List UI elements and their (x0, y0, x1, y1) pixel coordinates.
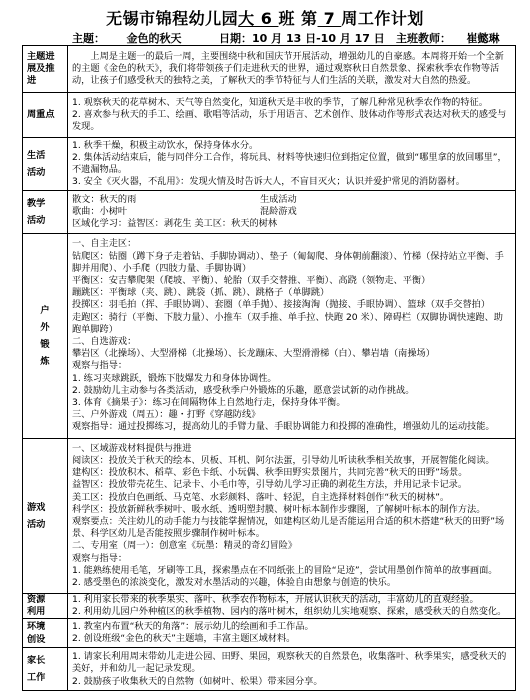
label-environment: 环境创设 (23, 619, 68, 648)
class-name: 大 6 (238, 9, 278, 28)
focus-line: 1. 观察秋天的花草树木、天气等自然变化，知道秋天是丰收的季节，了解几种常见秋季… (72, 97, 511, 109)
play-line: 观察与指导： (72, 553, 511, 565)
content-outdoor: 一、自主走区： 钻爬区：钻圈（蹲下身子走着钻、手脚协调动）、垫子（匍匐爬、身体朝… (68, 234, 516, 439)
outdoor-line: 走跑区：骑行（平衡、下肢力量）、小推车（双手推、单手拉、快跑 20 米）、障碍栏… (72, 312, 511, 336)
row-parents: 家长工作 1. 请家长利用周末带幼儿走进公园、田野、果园，观察秋天的自然景色，收… (23, 648, 516, 691)
content-focus: 1. 观察秋天的花草树木、天气等自然变化，知道秋天是丰收的季节，了解几种常见秋季… (68, 93, 516, 138)
title-suffix: 周工作计划 (341, 9, 424, 28)
row-focus: 周重点 1. 观察秋天的花草树木、天气等自然变化，知道秋天是丰收的季节，了解几种… (23, 93, 516, 138)
teaching-area-line: 区域化学习：益智区：剥花生 美工区：秋天的树林 (72, 218, 511, 230)
row-environment: 环境创设 1. 教室内布置“秋天的角落”：展示幼儿的绘画和手工作品。 2. 创设… (23, 619, 516, 648)
outdoor-line: 2. 鼓励幼儿主动参与各类活动，感受秋季户外锻炼的乐趣，愿意尝试新的动作挑战。 (72, 385, 511, 397)
outdoor-line: 投掷区：羽毛拍（挥、手眼协调）、套圈（单手抛）、接接淘淘（抛接、手眼协调）、篮球… (72, 299, 511, 311)
label-life: 生活活动 (23, 138, 68, 191)
row-outdoor: 户外锻炼 一、自主走区： 钻爬区：钻圈（蹲下身子走着钻、手脚协调动）、垫子（匍匐… (23, 234, 516, 439)
progress-text: 上周是主题一的最后一周，主要围绕中秋和国庆节开展活动，增强幼儿的自豪感。本周将开… (72, 51, 511, 88)
environment-line: 1. 教室内布置“秋天的角落”：展示幼儿的绘画和手工作品。 (72, 621, 511, 633)
date-value: 10 月 13 日-10 月 17 日 (252, 32, 380, 46)
parents-line: 1. 请家长利用周末带幼儿走进公园、田野、果园，观察秋天的自然景色，收集落叶、秋… (72, 651, 511, 675)
teaching-item: 歌曲：小树叶混龄游戏 (72, 206, 511, 218)
outdoor-line: 平衡区：安吉攀爬架（爬坡、平衡）、轮胎（双手交替推、平衡）、高跷（领物走、平衡） (72, 275, 511, 287)
focus-line: 2. 喜欢参与秋天的手工、绘画、歌唱等活动，乐于用语言、艺术创作、肢体动作等形式… (72, 109, 511, 133)
row-life: 生活活动 1. 秋季干燥，积极主动饮水，保持身体水分。 2. 集体活动结束后，能… (23, 138, 516, 191)
outdoor-line: 三、户外游戏（周五）：趣・打野《穿越防线》 (72, 409, 511, 421)
parents-line: 2. 鼓励孩子收集秋天的自然物（如树叶、松果）带来园分享。 (72, 676, 511, 688)
row-resources: 资源利用 1. 利用家长带来的秋季果实、落叶、秋季农作物标本，开展认识秋天的活动… (23, 594, 516, 619)
content-progress: 上周是主题一的最后一周，主要围绕中秋和国庆节开展活动，增强幼儿的自豪感。本周将开… (68, 46, 516, 93)
outdoor-line: 二、自选游戏： (72, 336, 511, 348)
label-play: 游戏活动 (23, 439, 68, 594)
date-label: 日期： (219, 32, 252, 45)
label-progress: 主题进展及推进 (23, 46, 68, 93)
content-parents: 1. 请家长利用周末带幼儿走进公园、田野、果园，观察秋天的自然景色，收集落叶、秋… (68, 648, 516, 691)
label-parents: 家长工作 (23, 648, 68, 691)
teaching-item: 散文：秋天的雨生成活动 (72, 194, 511, 206)
resources-line: 1. 利用家长带来的秋季果实、落叶、秋季农作物标本，开展认识秋天的活动，丰富幼儿… (72, 594, 511, 606)
weekly-plan-table: 主题进展及推进 上周是主题一的最后一周，主要围绕中秋和国庆节开展活动，增强幼儿的… (22, 45, 516, 691)
outdoor-line: 观察与指导： (72, 360, 511, 372)
theme-label: 主题： (72, 32, 105, 45)
teacher-value: 崔懿琳 (451, 32, 515, 46)
label-focus: 周重点 (23, 93, 68, 138)
play-line: 科学区：投放新鲜秋季树叶、吸水纸、透明塑封膜、树叶标本制作步骤图，了解树叶标本的… (72, 504, 511, 516)
outdoor-line: 蹦跳区：平衡球（夹、跳）、跳袋（抓、跳）、跳格子（单脚跳） (72, 287, 511, 299)
row-teaching: 教学活动 散文：秋天的雨生成活动 歌曲：小树叶混龄游戏 区域化学习：益智区：剥花… (23, 191, 516, 234)
content-life: 1. 秋季干燥，积极主动饮水，保持身体水分。 2. 集体活动结束后，能与同伴分工… (68, 138, 516, 191)
label-resources: 资源利用 (23, 594, 68, 619)
play-line: 观察要点：关注幼儿的动手能力与技能掌握情况，如建构区幼儿是否能运用合适的积木搭建… (72, 516, 511, 540)
play-line: 二、专用室（周一）：创意室《玩墨：精灵的奇幻冒险》 (72, 540, 511, 552)
label-teaching: 教学活动 (23, 191, 68, 234)
life-line: 1. 秋季干燥，积极主动饮水，保持身体水分。 (72, 140, 511, 152)
play-line: 2. 感受墨色的浓淡变化，激发对水墨活动的兴趣，体验自由想象与创造的快乐。 (72, 577, 511, 589)
environment-line: 2. 创设班级“金色的秋天”主题墙，丰富主题区域材料。 (72, 633, 511, 645)
outdoor-line: 攀岩区（北操场）、大型滑梯（北操场）、长龙蹦床、大型滑滑梯（白）、攀岩墙（南操场… (72, 348, 511, 360)
label-outdoor: 户外锻炼 (23, 234, 68, 439)
play-line: 阅读区：投放关于秋天的绘本、贝板、耳机、阿尔法蛋，引导幼儿听读秋季相关故事，开展… (72, 455, 511, 467)
row-progress: 主题进展及推进 上周是主题一的最后一周，主要围绕中秋和国庆节开展活动，增强幼儿的… (23, 46, 516, 93)
page-title: 无锡市锦程幼儿园大 6 班 第 7 周工作计划 (0, 6, 530, 29)
week-number: 7 (318, 9, 342, 28)
outdoor-line: 观察指导：通过投掷练习，提高幼儿的手臂力量、手眼协调能力和投掷的准确性，增强幼儿… (72, 421, 511, 433)
content-environment: 1. 教室内布置“秋天的角落”：展示幼儿的绘画和手工作品。 2. 创设班级“金色… (68, 619, 516, 648)
outdoor-line: 1. 练习夹球跳跃，锻炼下肢爆发力和身体协调性。 (72, 373, 511, 385)
teacher-label: 主班教师： (396, 32, 451, 45)
play-line: 美工区：投放白色画纸、马克笔、水彩颜料、落叶、轻泥，自主选择材料创作“秋天的树林… (72, 492, 511, 504)
content-resources: 1. 利用家长带来的秋季果实、落叶、秋季农作物标本，开展认识秋天的活动，丰富幼儿… (68, 594, 516, 619)
life-line: 2. 集体活动结束后，能与同伴分工合作，将玩具、材料等快速归位到指定位置，做到“… (72, 152, 511, 176)
resources-line: 2. 利用幼儿园户外种植区的秋季植物、园内的落叶树木，组织幼儿实地观察、探索，感… (72, 606, 511, 618)
play-line: 1. 能熟练使用毛笔，牙刷等工具，探索墨点在不同纸张上的冒险“足迹”，尝试用墨创… (72, 565, 511, 577)
play-line: 一、区域游戏材料提供与推进 (72, 443, 511, 455)
outdoor-line: 钻爬区：钻圈（蹲下身子走着钻、手脚协调动）、垫子（匍匐爬、身体朝前翻滚）、竹梯（… (72, 251, 511, 275)
outdoor-line: 一、自主走区： (72, 238, 511, 250)
play-line: 益智区：投放带壳花生、记录卡、小毛巾等，引导幼儿学习正确的剥花生方法，并用记录卡… (72, 479, 511, 491)
row-play: 游戏活动 一、区域游戏材料提供与推进 阅读区：投放关于秋天的绘本、贝板、耳机、阿… (23, 439, 516, 594)
outdoor-line: 3. 体育《摘果子》：练习在间隔物体上自然地行走，保持身体平衡。 (72, 397, 511, 409)
school-name: 无锡市锦程幼儿园 (106, 9, 238, 28)
theme-value: 金色的秋天 (105, 32, 203, 46)
content-play: 一、区域游戏材料提供与推进 阅读区：投放关于秋天的绘本、贝板、耳机、阿尔法蛋，引… (68, 439, 516, 594)
plan-meta: 主题：金色的秋天日期：10 月 13 日-10 月 17 日主班教师：崔懿琳 (72, 30, 515, 46)
class-suffix: 班 第 (278, 9, 317, 28)
content-teaching: 散文：秋天的雨生成活动 歌曲：小树叶混龄游戏 区域化学习：益智区：剥花生 美工区… (68, 191, 516, 234)
life-line: 3. 安全《灭火器，不乱用》：发现火情及时告诉大人，不盲目灭火；认识并爱护常见的… (72, 176, 511, 188)
play-line: 建构区：投放积木、稻草、彩色卡纸、小玩偶、秋季田野实景图片，共同完善“秋天的田野… (72, 467, 511, 479)
